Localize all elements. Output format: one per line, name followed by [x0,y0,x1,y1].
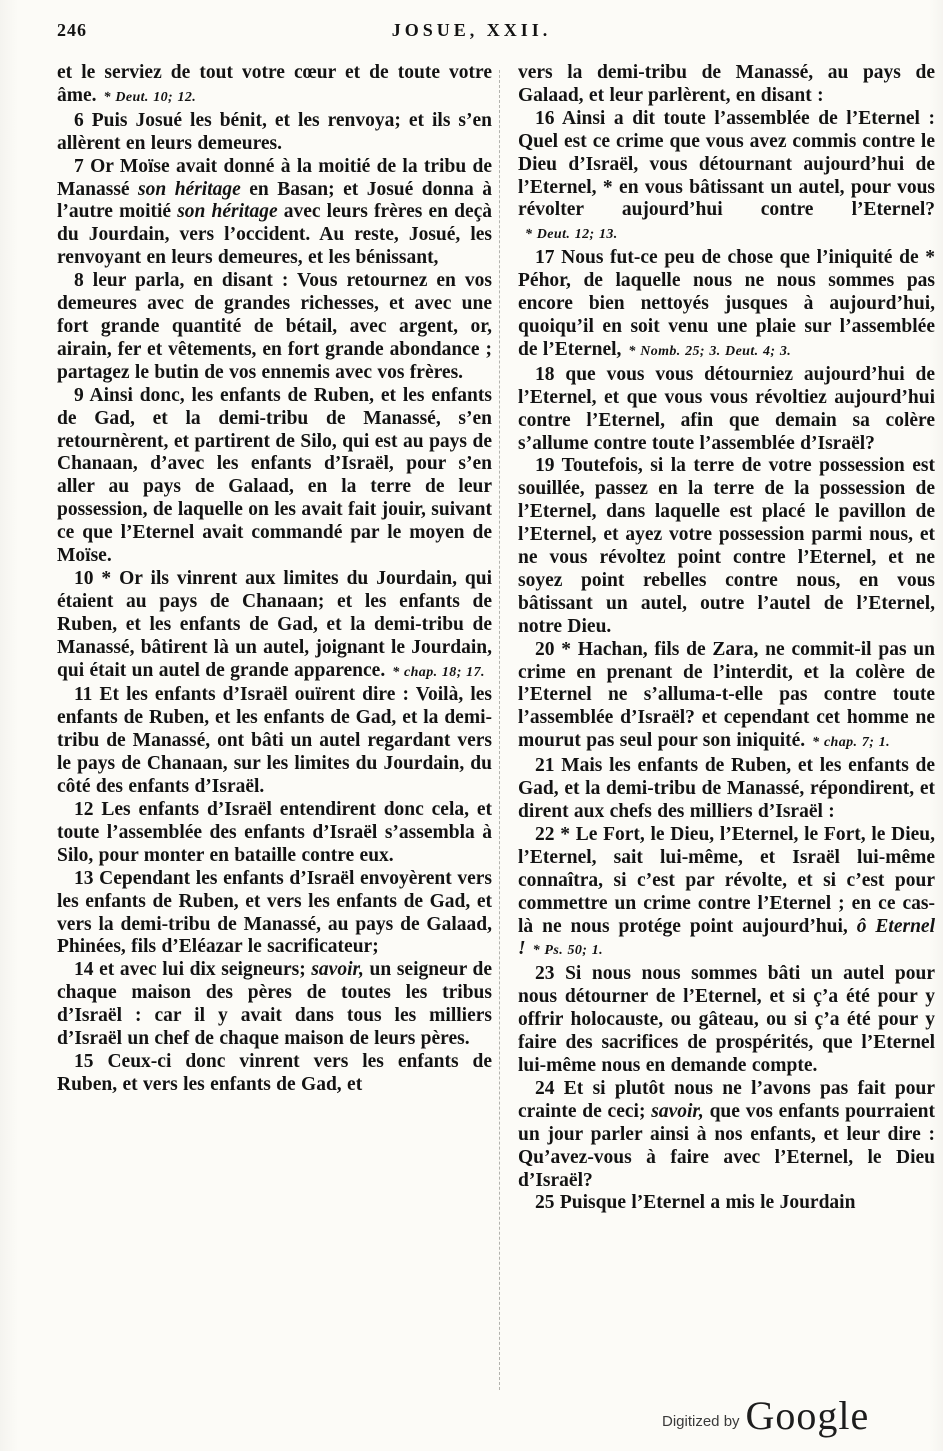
verse-paragraph: 16 Ainsi a dit toute l’assemblée de l’Et… [518,108,935,247]
cross-reference: * Deut. 10; 12. [104,90,197,105]
verse-paragraph: 17 Nous fut-ce peu de chose que l’iniqui… [518,247,935,364]
verse-text: 14 et avec lui dix seigneurs; [74,959,311,980]
verse-text: 10 * Or ils vinrent aux limites du Jourd… [57,568,492,681]
verse-text: 12 Les enfants d’Israël entendirent donc… [57,799,492,866]
verse-paragraph: 15 Ceux-ci donc vinrent vers les enfants… [57,1051,492,1097]
verse-paragraph: 24 Et si plutôt nous ne l’avons pas fait… [518,1078,935,1193]
verse-text: vers la demi-tribu de Manassé, au pays d… [518,62,935,106]
verse-text: 17 Nous fut-ce peu de chose que l’iniqui… [518,247,935,360]
verse-paragraph: 25 Puisque l’Eternel a mis le Jourdain [518,1192,935,1215]
right-text-column: vers la demi-tribu de Manassé, au pays d… [518,62,935,1215]
verse-text: 11 Et les enfants d’Israël ouïrent dire … [57,684,492,797]
verse-paragraph: 21 Mais les enfants de Ruben, et les enf… [518,755,935,824]
cross-reference: * chap. 7; 1. [812,735,890,750]
left-text-column: et le serviez de tout votre cœur et de t… [57,62,492,1215]
verse-text: 13 Cependant les enfants d’Israël envoyè… [57,868,492,958]
verse-paragraph: 6 Puis Josué les bénit, et les renvoya; … [57,110,492,156]
verse-text: 21 Mais les enfants de Ruben, et les enf… [518,755,935,822]
verse-paragraph: et le serviez de tout votre cœur et de t… [57,62,492,110]
verse-paragraph: 19 Toutefois, si la terre de votre posse… [518,455,935,638]
verse-text: 16 Ainsi a dit toute l’assemblée de l’Et… [518,108,935,221]
verse-paragraph: 20 * Hachan, fils de Zara, ne commit-il … [518,639,935,756]
digitization-mark: Digitized by Google [662,1396,869,1436]
scanned-book-page: 246 JOSUE, XXII. et le serviez de tout v… [0,0,943,1451]
cross-reference: * chap. 18; 17. [392,665,485,680]
verse-text: 9 Ainsi donc, les enfants de Ruben, et l… [57,385,492,566]
verse-paragraph: vers la demi-tribu de Manassé, au pays d… [518,62,935,108]
verse-paragraph: 18 que vous vous détourniez aujourd’hui … [518,364,935,456]
verse-text: 25 Puisque l’Eternel a mis le Jourdain [535,1192,855,1213]
cross-reference: * Ps. 50; 1. [533,943,603,958]
verse-paragraph: 10 * Or ils vinrent aux limites du Jourd… [57,568,492,685]
verse-text: 6 Puis Josué les bénit, et les renvoya; … [57,110,492,154]
italic-phrase: son héritage [177,201,277,222]
italic-phrase: savoir, [651,1101,704,1122]
page-header: 246 JOSUE, XXII. [0,20,943,50]
verse-paragraph: 23 Si nous nous sommes bâti un autel pou… [518,963,935,1078]
verse-paragraph: 22 * Le Fort, le Dieu, l’Eternel, le For… [518,824,935,963]
verse-text: 8 leur parla, en disant : Vous retournez… [57,270,492,383]
verse-text: 15 Ceux-ci donc vinrent vers les enfants… [57,1051,492,1095]
verse-paragraph: 14 et avec lui dix seigneurs; savoir, un… [57,959,492,1051]
verse-paragraph: 8 leur parla, en disant : Vous retournez… [57,270,492,385]
cross-reference: * Deut. 12; 13. [525,227,618,242]
verse-paragraph: 12 Les enfants d’Israël entendirent donc… [57,799,492,868]
verse-paragraph: 13 Cependant les enfants d’Israël envoyè… [57,868,492,960]
verse-paragraph: 9 Ainsi donc, les enfants de Ruben, et l… [57,385,492,568]
verse-text: 19 Toutefois, si la terre de votre posse… [518,455,935,636]
verse-text: 18 que vous vous détourniez aujourd’hui … [518,364,935,454]
text-columns: et le serviez de tout votre cœur et de t… [57,62,935,1215]
verse-paragraph: 11 Et les enfants d’Israël ouïrent dire … [57,684,492,799]
verse-paragraph: 7 Or Moïse avait donné à la moitié de la… [57,156,492,271]
cross-reference: * Nomb. 25; 3. Deut. 4; 3. [628,344,791,359]
google-logo: Google [746,1396,870,1436]
italic-phrase: son héritage [138,179,241,200]
verse-text: 23 Si nous nous sommes bâti un autel pou… [518,963,935,1076]
digitized-by-label: Digitized by [662,1403,740,1430]
italic-phrase: savoir, [311,959,364,980]
running-title: JOSUE, XXII. [0,20,943,41]
